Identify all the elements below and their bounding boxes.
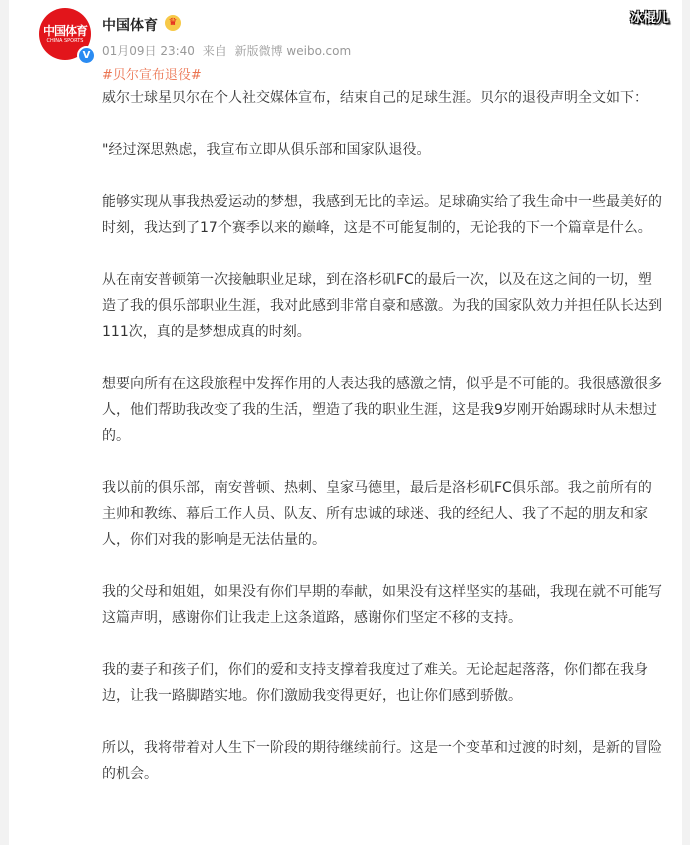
source-prefix: 来自: [203, 44, 227, 58]
avatar-logo-en: CHINA SPORTS: [47, 38, 84, 44]
username-link[interactable]: 中国体育: [102, 15, 158, 35]
paragraph: "经过深思熟虑，我宣布立即从俱乐部和国家队退役。: [102, 137, 662, 163]
post-date[interactable]: 01月09日 23:40: [102, 44, 195, 58]
paragraph: 从在南安普顿第一次接触职业足球，到在洛杉矶FC的最后一次，以及在这之间的一切，塑…: [102, 267, 662, 345]
post-meta: 01月09日 23:40 来自 新版微博 weibo.com: [102, 42, 355, 59]
post-body: 威尔士球星贝尔在个人社交媒体宣布，结束自己的足球生涯。贝尔的退役声明全文如下： …: [102, 85, 662, 813]
crown-icon[interactable]: ♛: [165, 15, 181, 31]
paragraph: 我以前的俱乐部，南安普顿、热刺、皇家马德里，最后是洛杉矶FC俱乐部。我之前所有的…: [102, 475, 662, 553]
weibo-post-card: 中国体育 CHINA SPORTS V 中国体育 ♛ 01月09日 23:40 …: [9, 0, 682, 845]
paragraph: 能够实现从事我热爱运动的梦想，我感到无比的幸运。足球确实给了我生命中一些最美好的…: [102, 189, 662, 241]
paragraph: 威尔士球星贝尔在个人社交媒体宣布，结束自己的足球生涯。贝尔的退役声明全文如下：: [102, 85, 662, 111]
paragraph: 我的父母和姐姐，如果没有你们早期的奉献，如果没有这样坚实的基础，我现在就不可能写…: [102, 579, 662, 631]
hashtag-link[interactable]: #贝尔宣布退役#: [102, 64, 202, 83]
paragraph: 想要向所有在这段旅程中发挥作用的人表达我的感激之情，似乎是不可能的。我很感激很多…: [102, 371, 662, 449]
verified-icon: V: [77, 46, 96, 65]
source-link[interactable]: 新版微博 weibo.com: [235, 44, 352, 58]
paragraph: 所以，我将带着对人生下一阶段的期待继续前行。这是一个变革和过渡的时刻，是新的冒险…: [102, 735, 662, 787]
avatar-logo-cn: 中国体育: [43, 25, 87, 38]
watermark: 冰棍儿: [630, 7, 669, 26]
paragraph: 我的妻子和孩子们，你们的爱和支持支撑着我度过了难关。无论起起落落，你们都在我身边…: [102, 657, 662, 709]
